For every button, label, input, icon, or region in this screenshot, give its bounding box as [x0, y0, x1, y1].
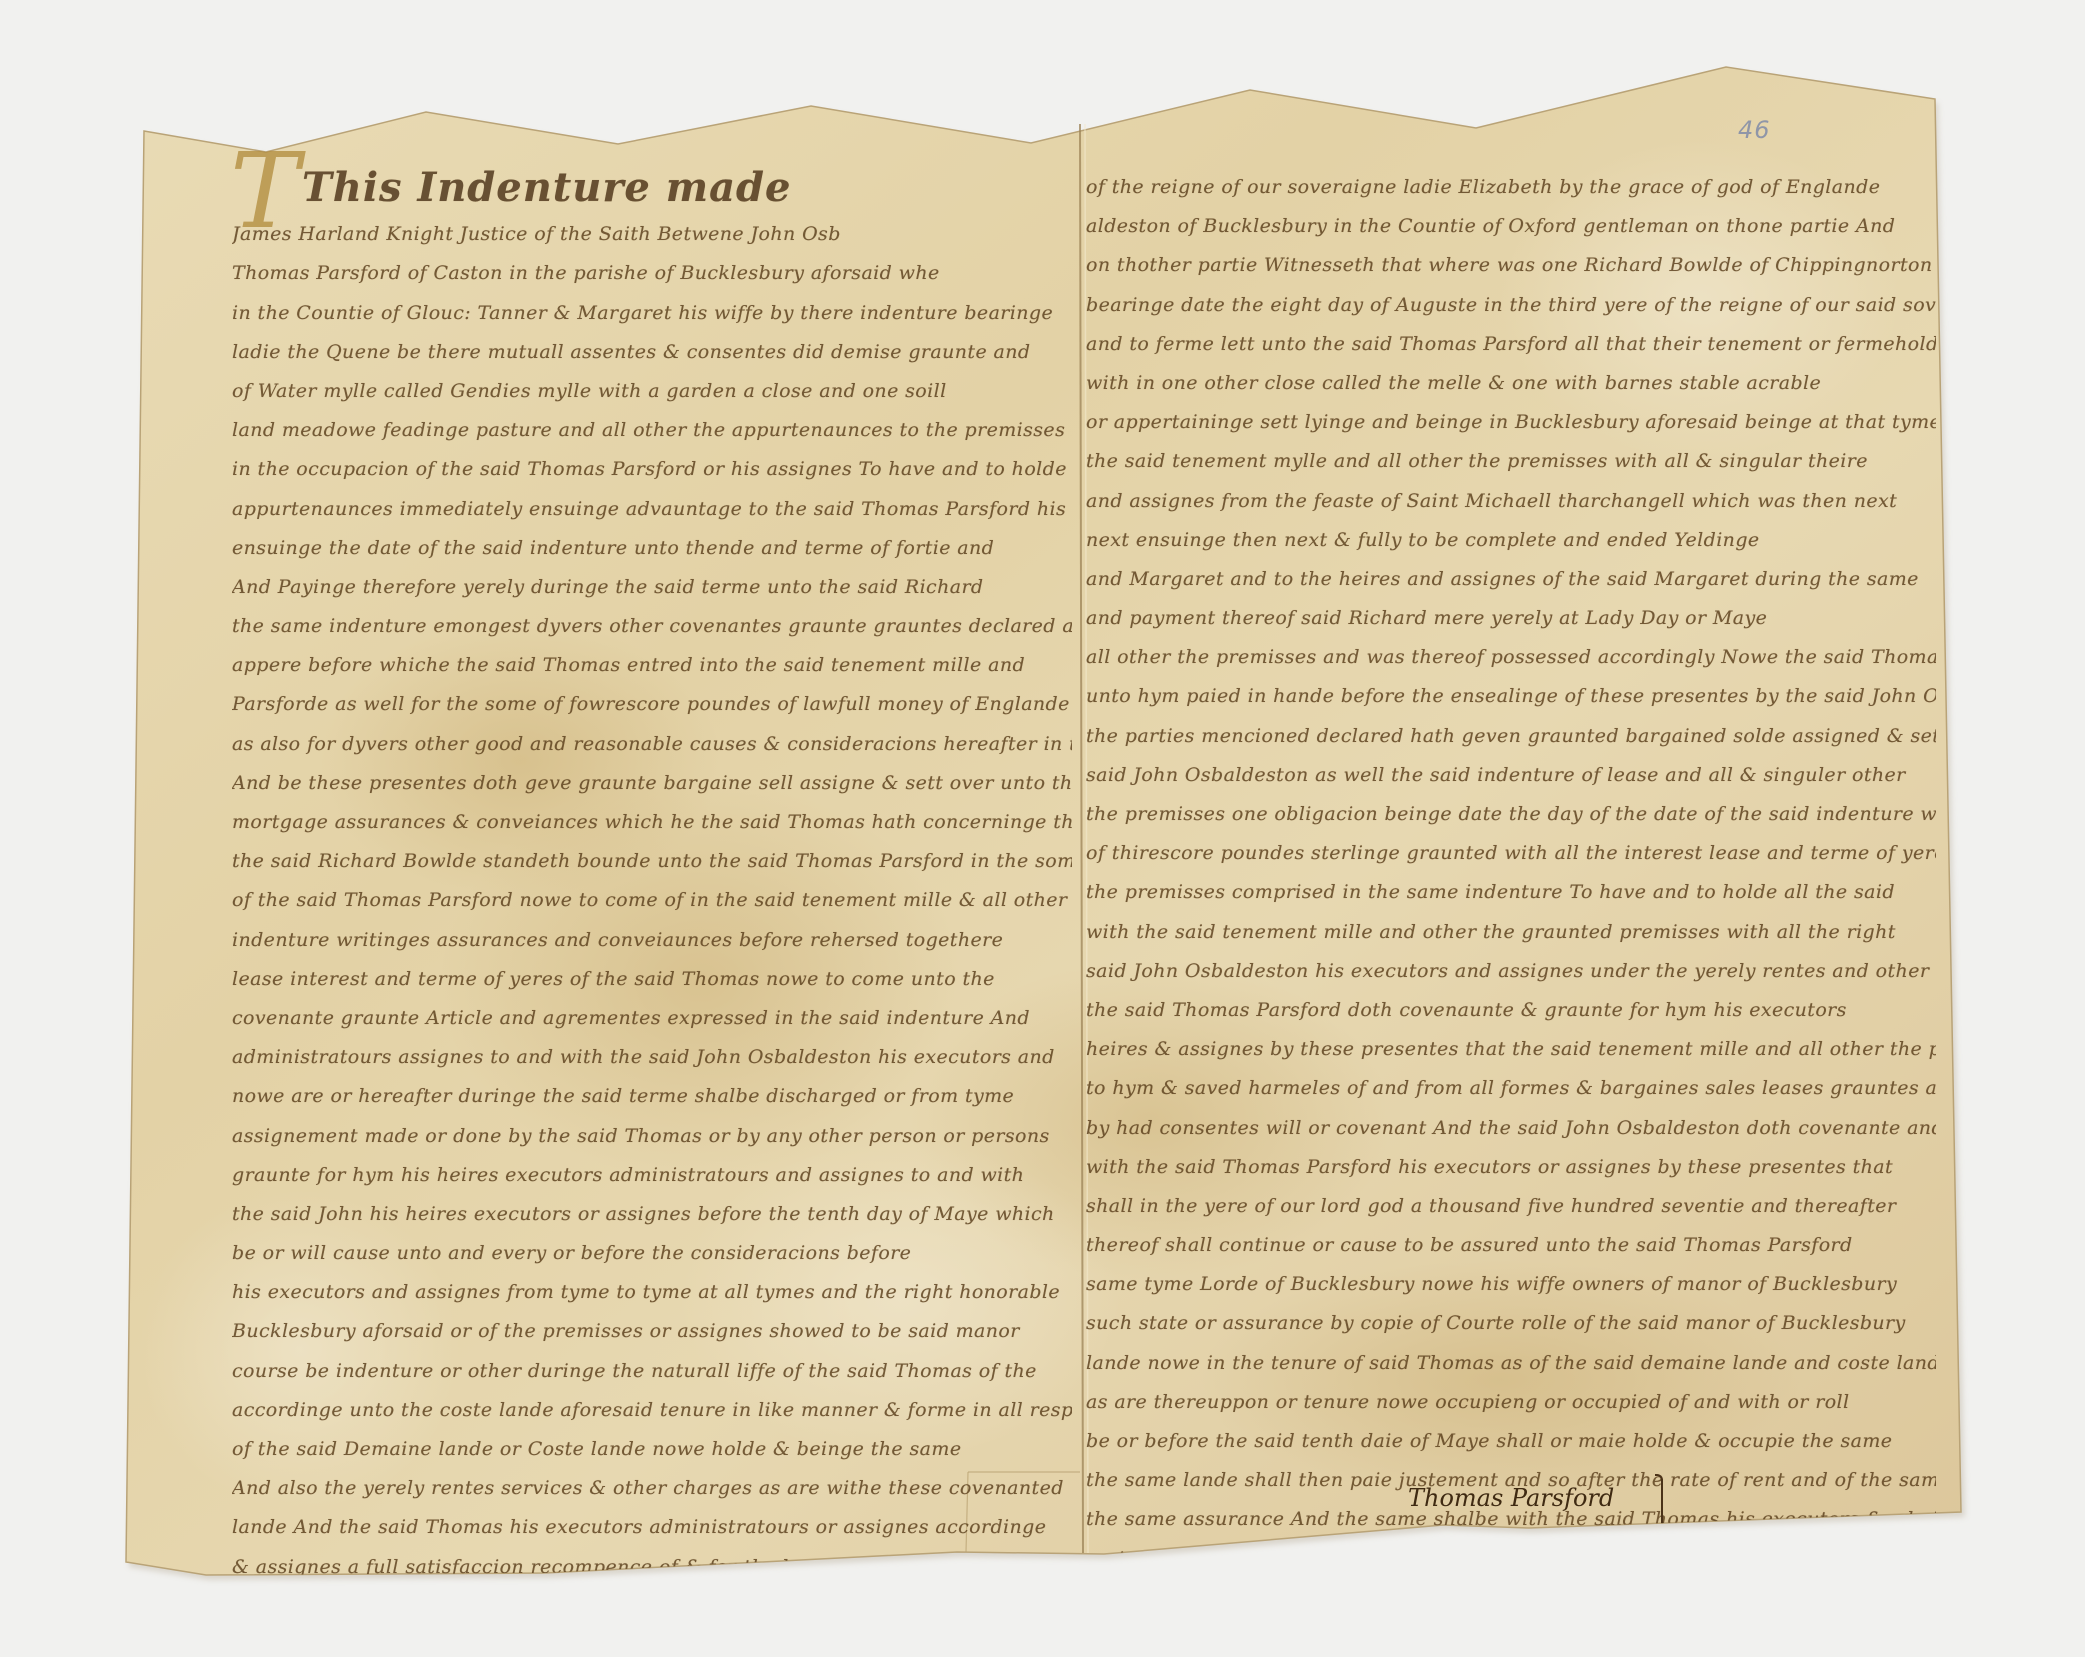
text-line: and to ferme lett unto the said Thomas P… [1086, 325, 1936, 364]
text-line: such state or assurance by copie of Cour… [1086, 1304, 1936, 1343]
text-line: the parties mencioned declared hath geve… [1086, 717, 1936, 756]
text-line: aldeston of Bucklesbury in the Countie o… [1086, 207, 1936, 246]
text-line: as are thereuppon or tenure nowe occupie… [1086, 1383, 1936, 1422]
text-line: And also the yerely rentes services & ot… [232, 1469, 1072, 1508]
text-line: land meadowe feadinge pasture and all ot… [232, 411, 1072, 450]
text-line: the said tenement mylle and all other th… [1086, 442, 1936, 481]
text-line: same tyme Lorde of Bucklesbury nowe his … [1086, 1265, 1936, 1304]
text-line: the said Thomas Parsford doth covenaunte… [1086, 991, 1936, 1030]
text-line: in the Countie of Glouc: Tanner & Margar… [232, 294, 1072, 333]
text-line: of the said Demaine lande or Coste lande… [232, 1430, 1072, 1469]
text-line: said John Osbaldeston as well the said i… [1086, 756, 1936, 795]
text-line: And Payinge therefore yerely duringe the… [232, 568, 1072, 607]
text-line: lande And the said Thomas his executors … [232, 1508, 1072, 1547]
text-line: Parsforde as well for the some of fowres… [232, 685, 1072, 724]
text-line: mortgage assurances & conveiances which … [232, 803, 1072, 842]
text-line: lande nowe in the tenure of said Thomas … [1086, 1344, 1936, 1383]
text-line: Thomas Parsford of Caston in the parishe… [232, 254, 1072, 293]
text-line: covenante graunte Article and agrementes… [232, 999, 1072, 1038]
text-line: and payment thereof said Richard mere ye… [1086, 599, 1936, 638]
text-line: ensuinge the date of the said indenture … [232, 529, 1072, 568]
text-line: graunte for hym his heires executors adm… [232, 1156, 1072, 1195]
text-line: assignement made or done by the said Tho… [232, 1117, 1072, 1156]
text-line: next ensuinge then next & fully to be co… [1086, 521, 1936, 560]
text-line: and assignes from the feaste of Saint Mi… [1086, 482, 1936, 521]
text-line: or appertaininge sett lyinge and beinge … [1086, 403, 1936, 442]
opening-words: This Indenture made [302, 168, 791, 207]
text-line: ladie the Quene be there mutuall assente… [232, 333, 1072, 372]
text-line: unto hym paied in hande before the ensea… [1086, 677, 1936, 716]
text-line: to hym & saved harmeles of and from all … [1086, 1069, 1936, 1108]
text-line: shall in the yere of our lord god a thou… [1086, 1187, 1936, 1226]
text-line: administratours assignes to and with the… [232, 1038, 1072, 1077]
text-line: Bucklesbury aforsaid or of the premisses… [232, 1312, 1072, 1351]
text-line: by had consentes will or covenant And th… [1086, 1109, 1936, 1148]
text-line: his executors and assignes from tyme to … [232, 1273, 1072, 1312]
text-line: bearinge date the eight day of Auguste i… [1086, 286, 1936, 325]
text-line: nowe are or hereafter duringe the said t… [232, 1077, 1072, 1116]
text-line: be or before the said tenth daie of Maye… [1086, 1422, 1936, 1461]
text-line: appere before whiche the said Thomas ent… [232, 646, 1072, 685]
text-line: the same indenture emongest dyvers other… [232, 607, 1072, 646]
text-line: of Water mylle called Gendies mylle with… [232, 372, 1072, 411]
handwritten-text: T This Indenture made James Harland Knig… [0, 0, 2085, 1657]
text-line: as also for dyvers other good and reason… [232, 725, 1072, 764]
text-line: thereof shall continue or cause to be as… [1086, 1226, 1936, 1265]
text-line: course be indenture or other duringe the… [232, 1352, 1072, 1391]
text-line: and Margaret and to the heires and assig… [1086, 560, 1936, 599]
text-line: appurtenaunces immediately ensuinge adva… [232, 490, 1072, 529]
text-line: lease interest and terme of yeres of the… [232, 960, 1072, 999]
text-line: said John Osbaldeston his executors and … [1086, 952, 1936, 991]
text-line: all other the premisses and was thereof … [1086, 638, 1936, 677]
folio-number: 46 [1738, 116, 1771, 144]
text-line: of the said Thomas Parsford nowe to come… [232, 881, 1072, 920]
text-line: be or will cause unto and every or befor… [232, 1234, 1072, 1273]
text-line: the said Richard Bowlde standeth bounde … [232, 842, 1072, 881]
text-line: And be these presentes doth geve graunte… [232, 764, 1072, 803]
text-line: with in one other close called the melle… [1086, 364, 1936, 403]
signature: Thomas Parsford [1408, 1484, 1614, 1512]
text-line: accordinge unto the coste lande aforesai… [232, 1391, 1072, 1430]
text-line: on thother partie Witnesseth that where … [1086, 246, 1936, 285]
text-line: the premisses one obligacion beinge date… [1086, 795, 1936, 834]
text-line: of the reigne of our soveraigne ladie El… [1086, 168, 1936, 207]
text-column-right: of the reigne of our soveraigne ladie El… [1086, 168, 1936, 1579]
text-line: the said John his heires executors or as… [232, 1195, 1072, 1234]
text-line: indenture writinges assurances and conve… [232, 921, 1072, 960]
text-line: heires & assignes by these presentes tha… [1086, 1030, 1936, 1069]
text-line: of thirescore poundes sterlinge graunted… [1086, 834, 1936, 873]
text-line: the premisses comprised in the same inde… [1086, 873, 1936, 912]
document-viewer: T This Indenture made James Harland Knig… [0, 0, 2085, 1657]
text-line: James Harland Knight Justice of the Sait… [232, 215, 1072, 254]
text-line: with the said tenement mille and other t… [1086, 913, 1936, 952]
text-line: in the occupacion of the said Thomas Par… [232, 450, 1072, 489]
text-column-left: This Indenture made James Harland Knight… [232, 168, 1072, 1587]
text-line: with the said Thomas Parsford his execut… [1086, 1148, 1936, 1187]
